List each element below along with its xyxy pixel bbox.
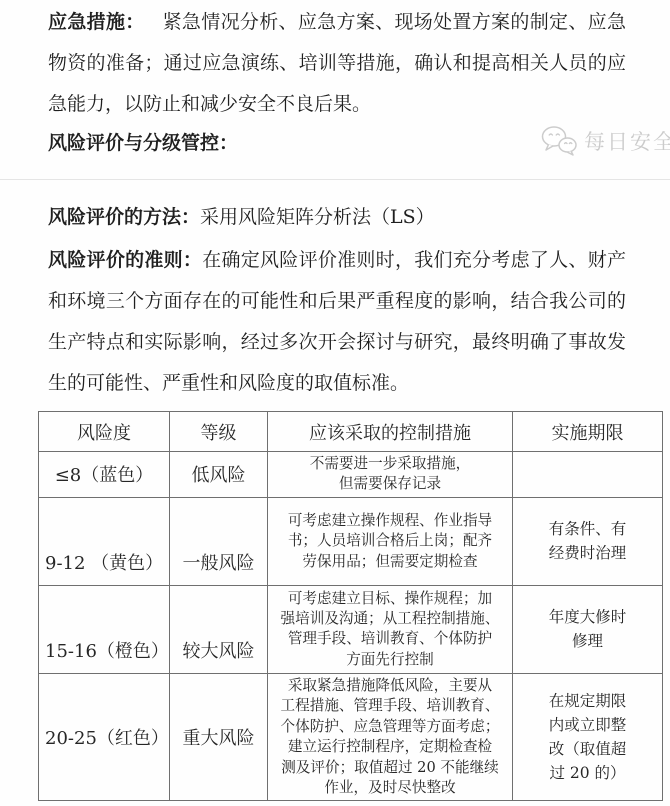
- paragraph-emergency-measures: 应急措施：紧急情况分析、应急方案、现场处置方案的制定、应急物资的准备；通过应急演…: [48, 2, 626, 125]
- emergency-measures-label: 应急措施：: [48, 11, 145, 33]
- col-header-control-measures: 应该采取的控制措施: [268, 412, 513, 452]
- deadline-cell: 在规定期限 内或立即整 改（取值超 过 20 的）: [513, 673, 663, 801]
- deadline-cell: [513, 452, 663, 498]
- paragraph-evaluation-method: 风险评价的方法：采用风险矩阵分析法（LS）: [48, 197, 626, 238]
- document-page: 应急措施：紧急情况分析、应急方案、现场处置方案的制定、应急物资的准备；通过应急演…: [0, 0, 670, 806]
- section-divider: [0, 179, 670, 180]
- col-header-risk-degree: 风险度: [39, 412, 170, 452]
- table-header-row: 风险度 等级 应该采取的控制措施 实施期限: [39, 412, 663, 452]
- risk-degree-cell: 9-12 （黄色）: [39, 497, 170, 585]
- control-measures-cell: 可考虑建立目标、操作规程；加 强培训及沟通；从工程控制措施、 管理手段、培训教育…: [268, 585, 513, 673]
- risk-grading-table: 风险度 等级 应该采取的控制措施 实施期限 ≤8（蓝色） 低风险 不需要进一步采…: [38, 411, 663, 801]
- control-measures-cell: 不需要进一步采取措施， 但需要保存记录: [268, 452, 513, 498]
- watermark: 每日安全: [540, 124, 670, 157]
- table-row-critical-risk: 20-25（红色） 重大风险 采取紧急措施降低风险，主要从 工程措施、管理手段、…: [39, 673, 663, 801]
- table-row-low-risk: ≤8（蓝色） 低风险 不需要进一步采取措施， 但需要保存记录: [39, 452, 663, 498]
- risk-level-cell: 重大风险: [170, 673, 268, 801]
- evaluation-method-label: 风险评价的方法：: [48, 206, 200, 228]
- col-header-deadline: 实施期限: [513, 412, 663, 452]
- risk-level-cell: 一般风险: [170, 497, 268, 585]
- risk-level-cell: 低风险: [170, 452, 268, 498]
- risk-degree-cell: ≤8（蓝色）: [39, 452, 170, 498]
- wechat-logo-icon: [540, 124, 578, 157]
- deadline-cell: 有条件、有 经费时治理: [513, 497, 663, 585]
- evaluation-method-text: 采用风险矩阵分析法（LS）: [200, 206, 435, 228]
- watermark-text: 每日安全: [584, 126, 670, 156]
- deadline-cell: 年度大修时 修理: [513, 585, 663, 673]
- control-measures-cell: 采取紧急措施降低风险，主要从 工程措施、管理手段、培训教育、 个体防护、应急管理…: [268, 673, 513, 801]
- paragraph-evaluation-criteria: 风险评价的准则：在确定风险评价准则时，我们充分考虑了人、财产和环境三个方面存在的…: [48, 240, 626, 404]
- table-row-major-risk: 15-16（橙色） 较大风险 可考虑建立目标、操作规程；加 强培训及沟通；从工程…: [39, 585, 663, 673]
- section-heading-risk-grading: 风险评价与分级管控：: [48, 130, 238, 156]
- control-measures-cell: 可考虑建立操作规程、作业指导 书；人员培训合格后上岗；配齐 劳保用品；但需要定期…: [268, 497, 513, 585]
- risk-degree-cell: 20-25（红色）: [39, 673, 170, 801]
- col-header-level: 等级: [170, 412, 268, 452]
- evaluation-criteria-label: 风险评价的准则：: [48, 249, 202, 271]
- risk-level-cell: 较大风险: [170, 585, 268, 673]
- table-row-general-risk: 9-12 （黄色） 一般风险 可考虑建立操作规程、作业指导 书；人员培训合格后上…: [39, 497, 663, 585]
- risk-degree-cell: 15-16（橙色）: [39, 585, 170, 673]
